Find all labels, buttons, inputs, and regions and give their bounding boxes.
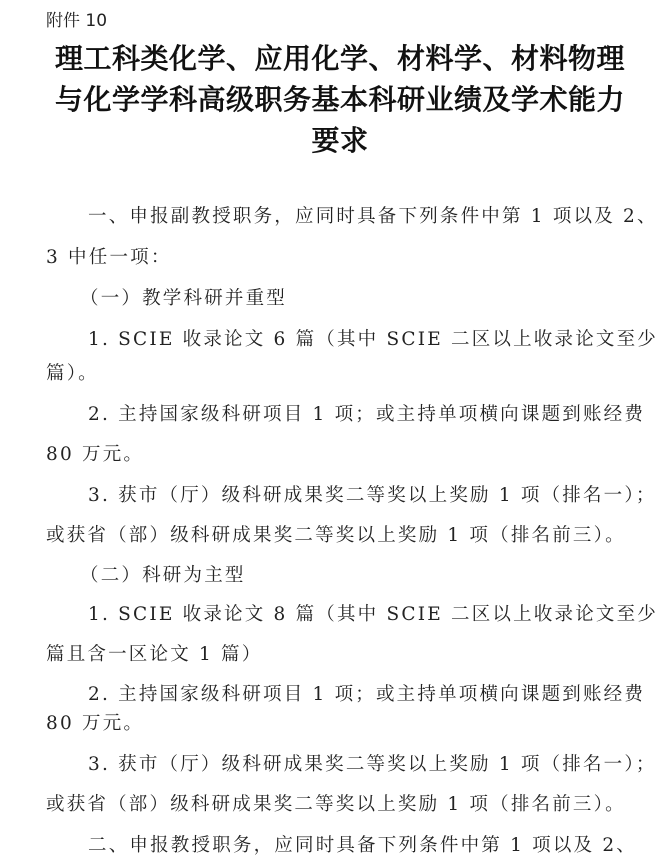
title-line: 要求 <box>40 120 640 161</box>
paragraph-line: 2. 主持国家级科研项目 1 项；或主持单项横向课题到账经费 <box>88 683 645 707</box>
section-heading: 二、申报教授职务，应同时具备下列条件中第 1 项以及 2、 <box>88 834 637 857</box>
title-line: 理工科类化学、应用化学、材料学、材料物理 <box>40 38 640 79</box>
title-line: 与化学学科高级职务基本科研业绩及学术能力 <box>40 79 640 120</box>
paragraph-line: 3. 获市（厅）级科研成果奖二等奖以上奖励 1 项（排名一）； <box>88 484 657 508</box>
paragraph-line: 篇）。 <box>46 362 99 386</box>
paragraph-line: 2. 主持国家级科研项目 1 项；或主持单项横向课题到账经费 <box>88 403 645 427</box>
paragraph-line: 1. SCIE 收录论文 6 篇（其中 SCIE 二区以上收录论文至少 3 <box>88 328 657 352</box>
paragraph-line: 或获省（部）级科研成果奖二等奖以上奖励 1 项（排名前三）。 <box>46 524 626 548</box>
subsection-heading: （一）教学科研并重型 <box>80 287 287 311</box>
paragraph-line: 1. SCIE 收录论文 8 篇（其中 SCIE 二区以上收录论文至少 5 <box>88 603 657 627</box>
paragraph-line: 80 万元。 <box>46 712 144 736</box>
document-page: 附件 10 理工科类化学、应用化学、材料学、材料物理 与化学学科高级职务基本科研… <box>0 0 657 857</box>
paragraph-line: 3 中任一项： <box>46 246 172 270</box>
section-heading: 一、申报副教授职务，应同时具备下列条件中第 1 项以及 2、 <box>88 205 657 229</box>
document-title: 理工科类化学、应用化学、材料学、材料物理 与化学学科高级职务基本科研业绩及学术能… <box>40 38 640 161</box>
paragraph-line: 或获省（部）级科研成果奖二等奖以上奖励 1 项（排名前三）。 <box>46 793 626 817</box>
paragraph-line: 篇且含一区论文 1 篇） <box>46 643 262 667</box>
attachment-label: 附件 10 <box>46 10 107 32</box>
subsection-heading: （二）科研为主型 <box>80 564 246 588</box>
paragraph-line: 3. 获市（厅）级科研成果奖二等奖以上奖励 1 项（排名一）； <box>88 753 657 777</box>
paragraph-line: 80 万元。 <box>46 443 144 467</box>
